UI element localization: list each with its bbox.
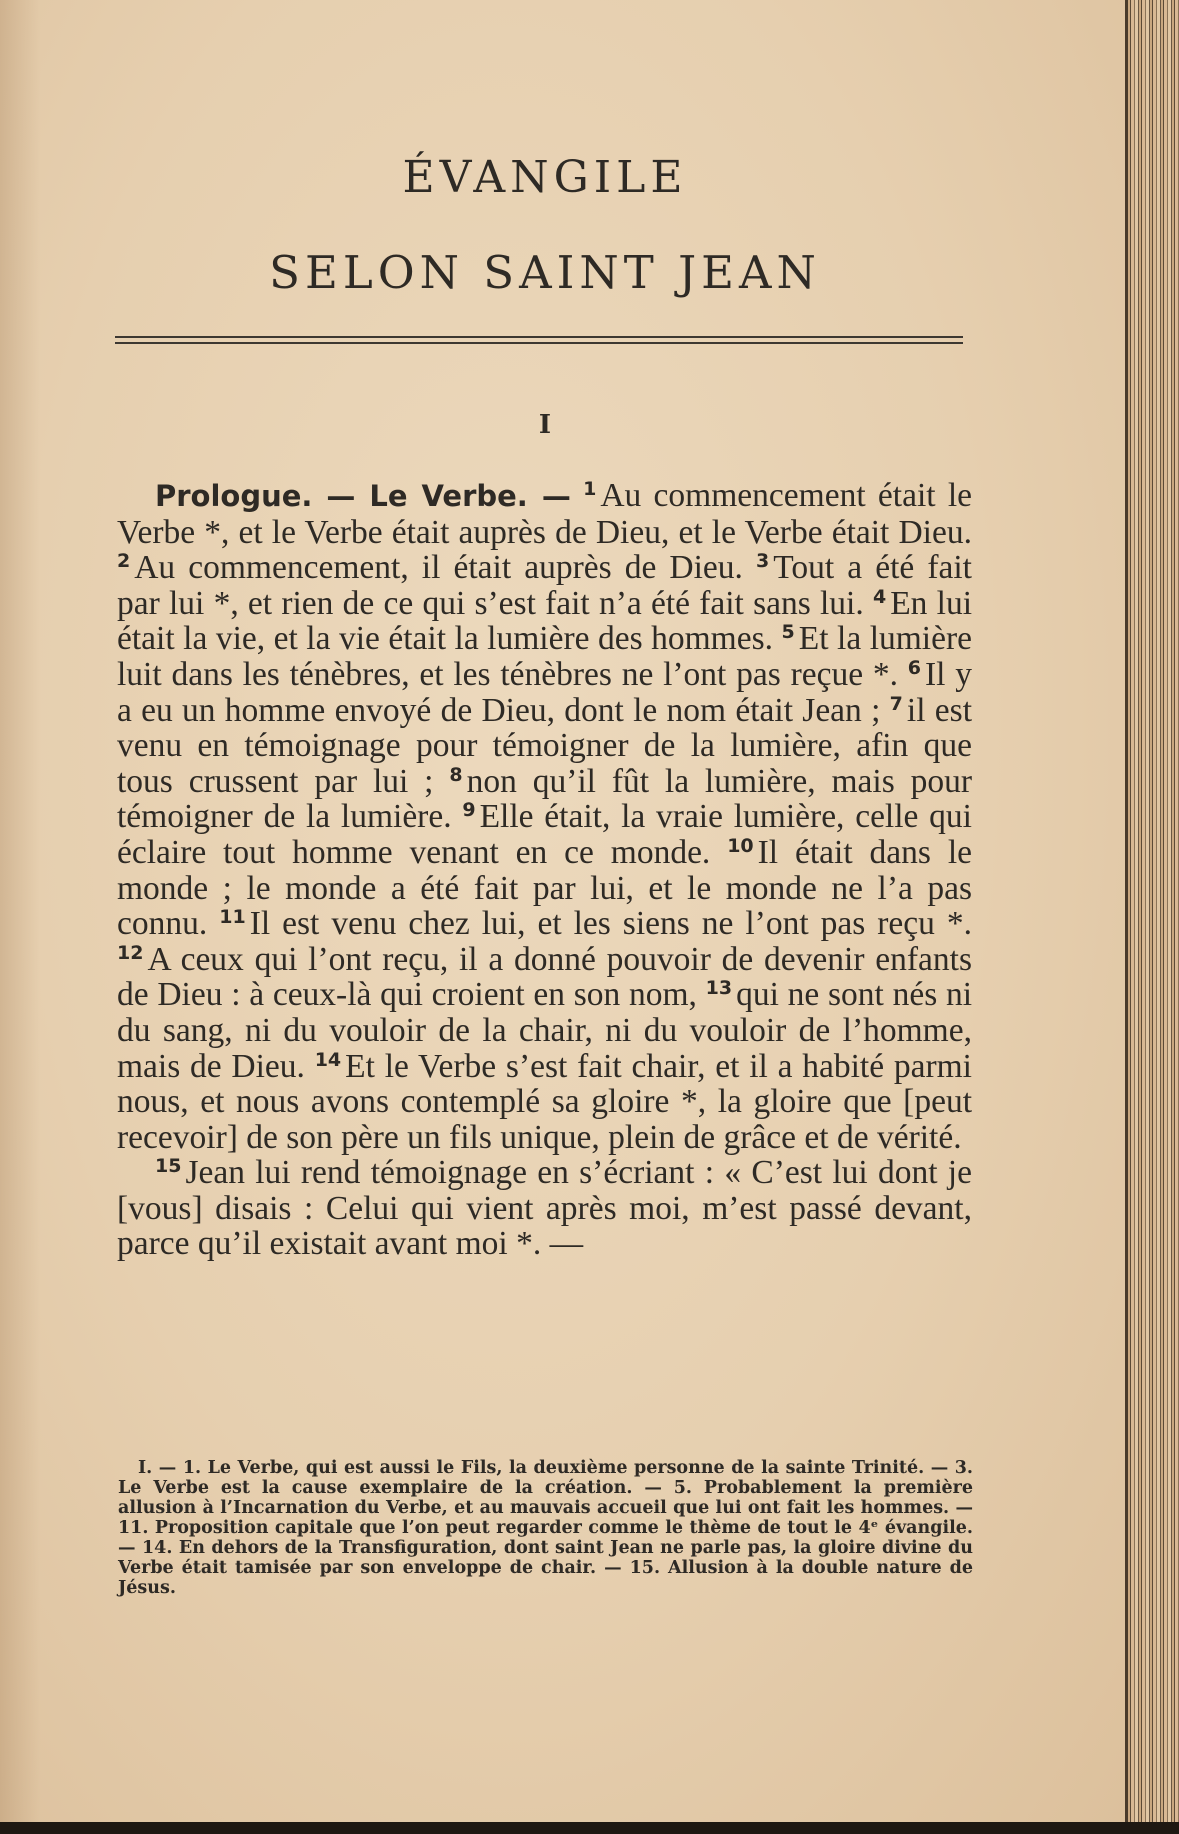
- verse-number: 2: [117, 550, 130, 572]
- chapter-number: I: [0, 410, 1090, 440]
- title-rule-top: [115, 336, 963, 338]
- verse-number: 6: [908, 657, 921, 679]
- background-edge: [0, 1822, 1179, 1834]
- title-rule-bottom: [115, 342, 963, 344]
- footnotes: I. — 1. Le Verbe, qui est aussi le Fils,…: [118, 1458, 973, 1598]
- verse-text: Au commencement, il était auprès de Dieu…: [134, 549, 743, 586]
- verse-number: 12: [117, 942, 143, 964]
- page-stack-edges: [1128, 0, 1179, 1822]
- verse-number: 1: [583, 478, 596, 500]
- footnote-text: I. — 1. Le Verbe, qui est aussi le Fils,…: [118, 1458, 973, 1598]
- verse-number: 10: [727, 835, 753, 857]
- section-heading: Prologue. — Le Verbe. —: [155, 479, 571, 513]
- verse-number: 15: [155, 1155, 181, 1177]
- verse-number: 4: [873, 586, 886, 608]
- book-title-line2: SELON SAINT JEAN: [0, 246, 1090, 299]
- verse-number: 11: [219, 906, 245, 928]
- verse-number: 9: [462, 799, 475, 821]
- book-title-line1: ÉVANGILE: [0, 152, 1090, 203]
- scripture-text: Prologue. — Le Verbe. — 1Au commencement…: [117, 478, 972, 1262]
- verse-number: 14: [315, 1049, 341, 1071]
- verse-number: 7: [890, 693, 903, 715]
- verse-number: 13: [706, 977, 732, 999]
- verse-text: Jean lui rend témoignage en s’écriant : …: [117, 1154, 972, 1262]
- verse-number: 8: [449, 764, 462, 786]
- paragraph-verse-15: 15Jean lui rend témoignage en s’écriant …: [117, 1155, 972, 1262]
- verse-text: Il est venu chez lui, et les siens ne l’…: [250, 905, 972, 942]
- verse-number: 3: [756, 550, 769, 572]
- verse-number: 5: [782, 621, 795, 643]
- paragraph-prologue: Prologue. — Le Verbe. — 1Au commencement…: [117, 478, 972, 1155]
